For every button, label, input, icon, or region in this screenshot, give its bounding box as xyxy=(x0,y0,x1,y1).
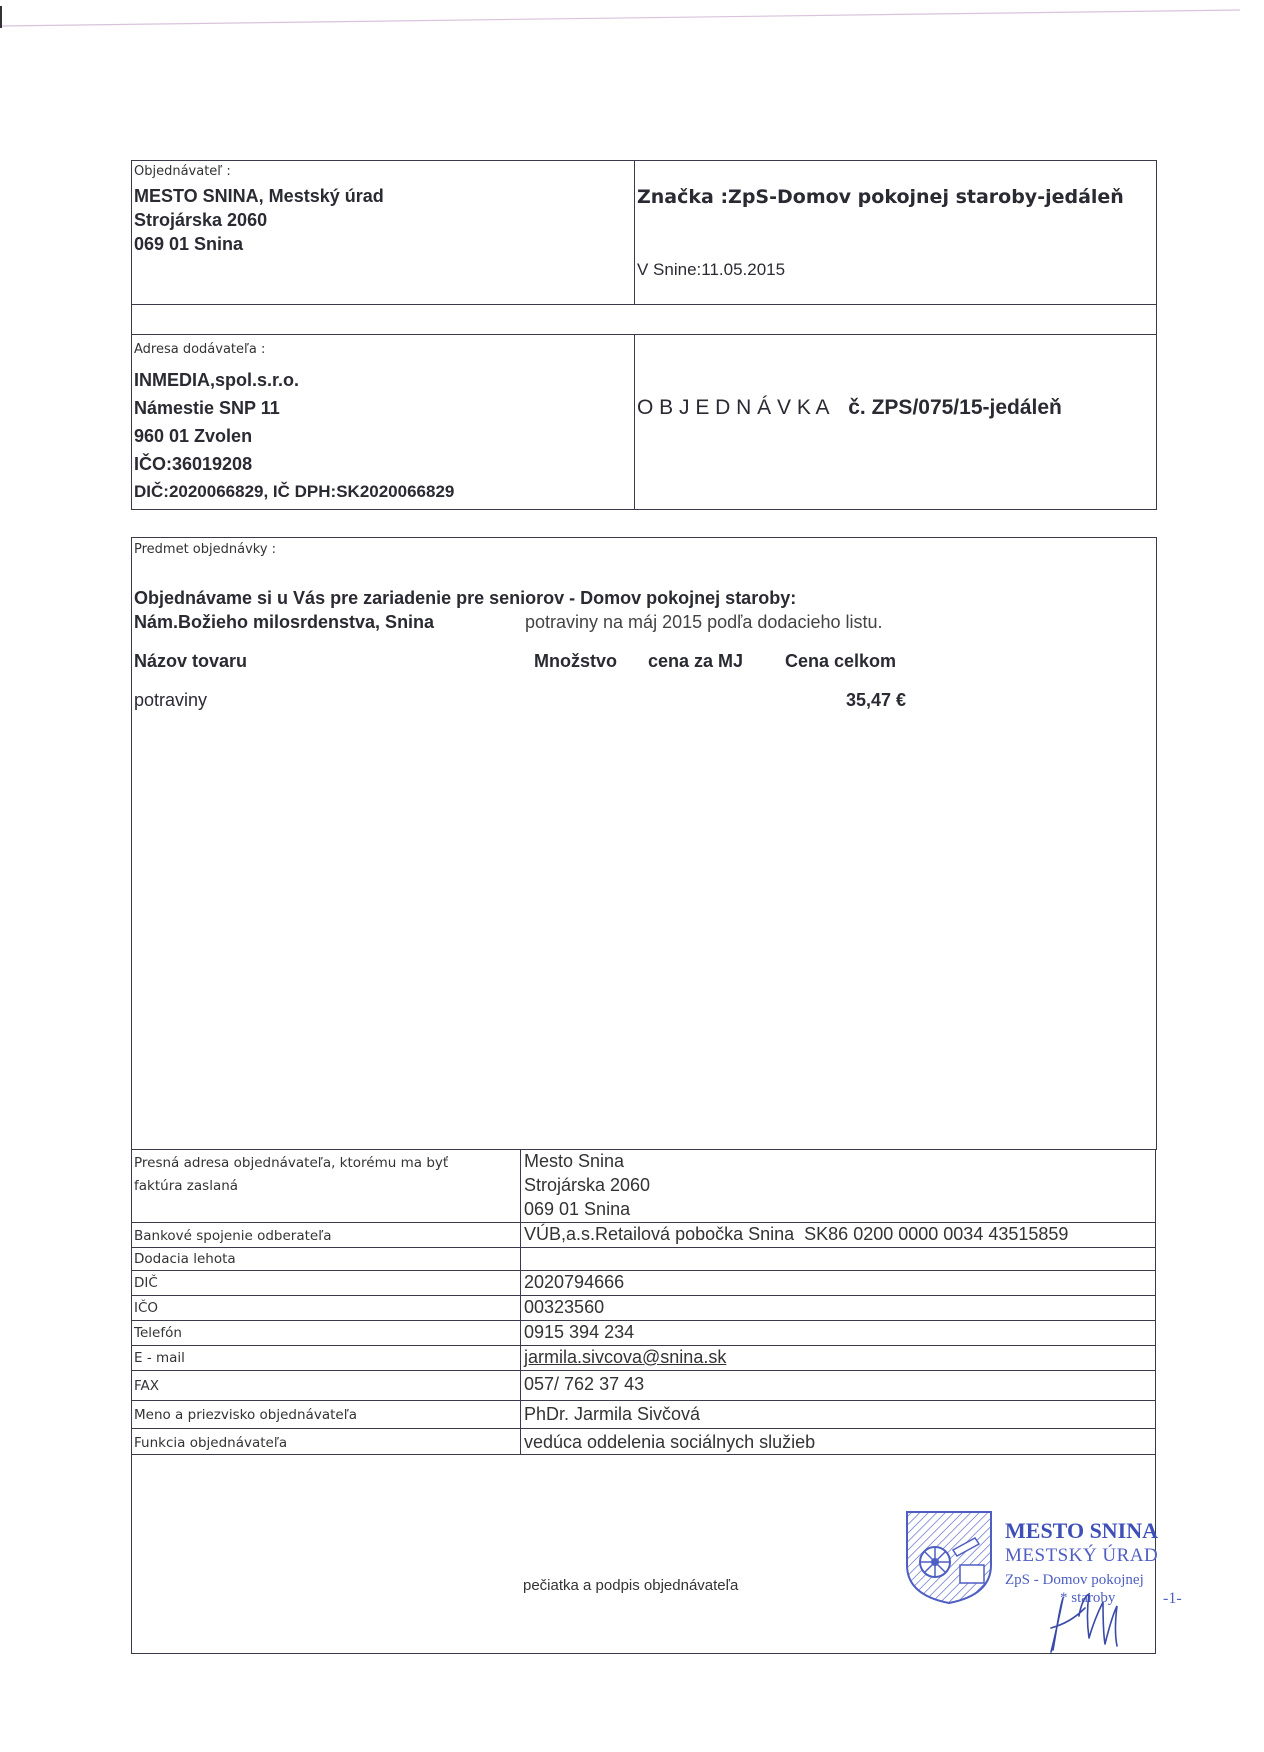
detail-label-fax: FAX xyxy=(134,1378,159,1394)
stamp-line1: MESTO SNINA xyxy=(1005,1518,1158,1544)
col-qty: Množstvo xyxy=(534,651,617,672)
detail-value-function: vedúca oddelenia sociálnych služieb xyxy=(524,1432,815,1453)
col-unit-price: cena za MJ xyxy=(648,651,743,672)
detail-label-email: E - mail xyxy=(134,1350,185,1366)
supplier-dic: DIČ:2020066829, IČ DPH:SK2020066829 xyxy=(134,482,454,502)
orderer-name: MESTO SNINA, Mestský úrad xyxy=(134,186,384,207)
supplier-divider xyxy=(634,334,635,510)
detail-label-function: Funkcia objednávateľa xyxy=(134,1435,287,1451)
supplier-label: Adresa dodávateľa : xyxy=(134,342,265,357)
orderer-street: Strojárska 2060 xyxy=(134,210,267,231)
order-title-word: O B J E D N Á V K A xyxy=(637,396,828,419)
supplier-city: 960 01 Zvolen xyxy=(134,426,252,447)
subject-line1: Objednávame si u Vás pre zariadenie pre … xyxy=(134,588,796,609)
stamp-line2: MESTSKÝ ÚRAD xyxy=(1005,1545,1158,1567)
detail-value-bank: VÚB,a.s.Retailová pobočka Snina SK86 020… xyxy=(524,1224,1068,1245)
detail-label-name: Meno a priezvisko objednávateľa xyxy=(134,1407,357,1423)
detail-label-bank: Bankové spojenie odberateľa xyxy=(134,1228,332,1244)
detail-label-ico: IČO xyxy=(134,1300,158,1316)
detail-value-ico: 00323560 xyxy=(524,1297,604,1318)
row-sep xyxy=(131,1295,1156,1296)
details-divider xyxy=(520,1149,521,1455)
order-title: O B J E D N Á V K A č. ZPS/075/15-jedále… xyxy=(637,396,1062,420)
item-total: 35,47 € xyxy=(800,690,906,711)
detail-label-address-2: faktúra zaslaná xyxy=(134,1178,238,1194)
detail-value-address-2: Strojárska 2060 xyxy=(524,1175,650,1196)
detail-label-dic: DIČ xyxy=(134,1275,158,1291)
header-divider xyxy=(634,160,635,305)
signature-scribble xyxy=(1045,1588,1135,1658)
detail-value-email[interactable]: jarmila.sivcova@snina.sk xyxy=(524,1347,726,1368)
official-stamp: MESTO SNINA MESTSKÝ ÚRAD ZpS - Domov pok… xyxy=(905,1510,1195,1660)
detail-value-fax: 057/ 762 37 43 xyxy=(524,1374,644,1395)
col-total: Cena celkom xyxy=(785,651,896,672)
order-number: č. ZPS/075/15-jedáleň xyxy=(848,396,1062,419)
detail-value-dic: 2020794666 xyxy=(524,1272,624,1293)
orderer-label: Objednávateľ : xyxy=(134,164,231,179)
coat-of-arms-icon xyxy=(905,1510,993,1605)
place-date: V Snine:11.05.2015 xyxy=(637,260,785,280)
row-sep xyxy=(131,1370,1156,1371)
row-sep xyxy=(131,1400,1156,1401)
row-sep xyxy=(131,1345,1156,1346)
supplier-name: INMEDIA,spol.s.r.o. xyxy=(134,370,299,391)
orderer-city: 069 01 Snina xyxy=(134,234,243,255)
item-name: potraviny xyxy=(134,690,207,711)
row-sep xyxy=(131,1247,1156,1248)
spacer-row xyxy=(131,304,1157,335)
detail-label-phone: Telefón xyxy=(134,1325,182,1341)
detail-value-address-1: Mesto Snina xyxy=(524,1151,624,1172)
subject-label: Predmet objednávky : xyxy=(134,542,276,557)
scan-edge-line xyxy=(0,6,1240,28)
supplier-ico: IČO:36019208 xyxy=(134,454,252,475)
stamp-number: -1- xyxy=(1163,1590,1182,1608)
row-sep xyxy=(131,1222,1156,1223)
orderer-header-box xyxy=(131,160,1157,305)
detail-value-name: PhDr. Jarmila Sivčová xyxy=(524,1404,700,1425)
detail-value-address-3: 069 01 Snina xyxy=(524,1199,630,1220)
mark-label: Značka :ZpS-Domov pokojnej staroby-jedál… xyxy=(637,186,1124,208)
row-sep xyxy=(131,1428,1156,1429)
detail-value-phone: 0915 394 234 xyxy=(524,1322,634,1343)
subject-line2-bold: Nám.Božieho milosrdenstva, Snina xyxy=(134,612,434,633)
signature-label: pečiatka a podpis objednávateľa xyxy=(523,1577,738,1594)
stamp-line3: ZpS - Domov pokojnej xyxy=(1005,1572,1144,1589)
row-sep xyxy=(131,1320,1156,1321)
detail-label-address: Presná adresa objednávateľa, ktorému ma … xyxy=(134,1155,448,1171)
col-item: Názov tovaru xyxy=(134,651,247,672)
row-sep xyxy=(131,1270,1156,1271)
detail-label-delivery: Dodacia lehota xyxy=(134,1251,236,1267)
supplier-street: Námestie SNP 11 xyxy=(134,398,280,419)
subject-line2-regular: potraviny na máj 2015 podľa dodacieho li… xyxy=(525,612,883,633)
